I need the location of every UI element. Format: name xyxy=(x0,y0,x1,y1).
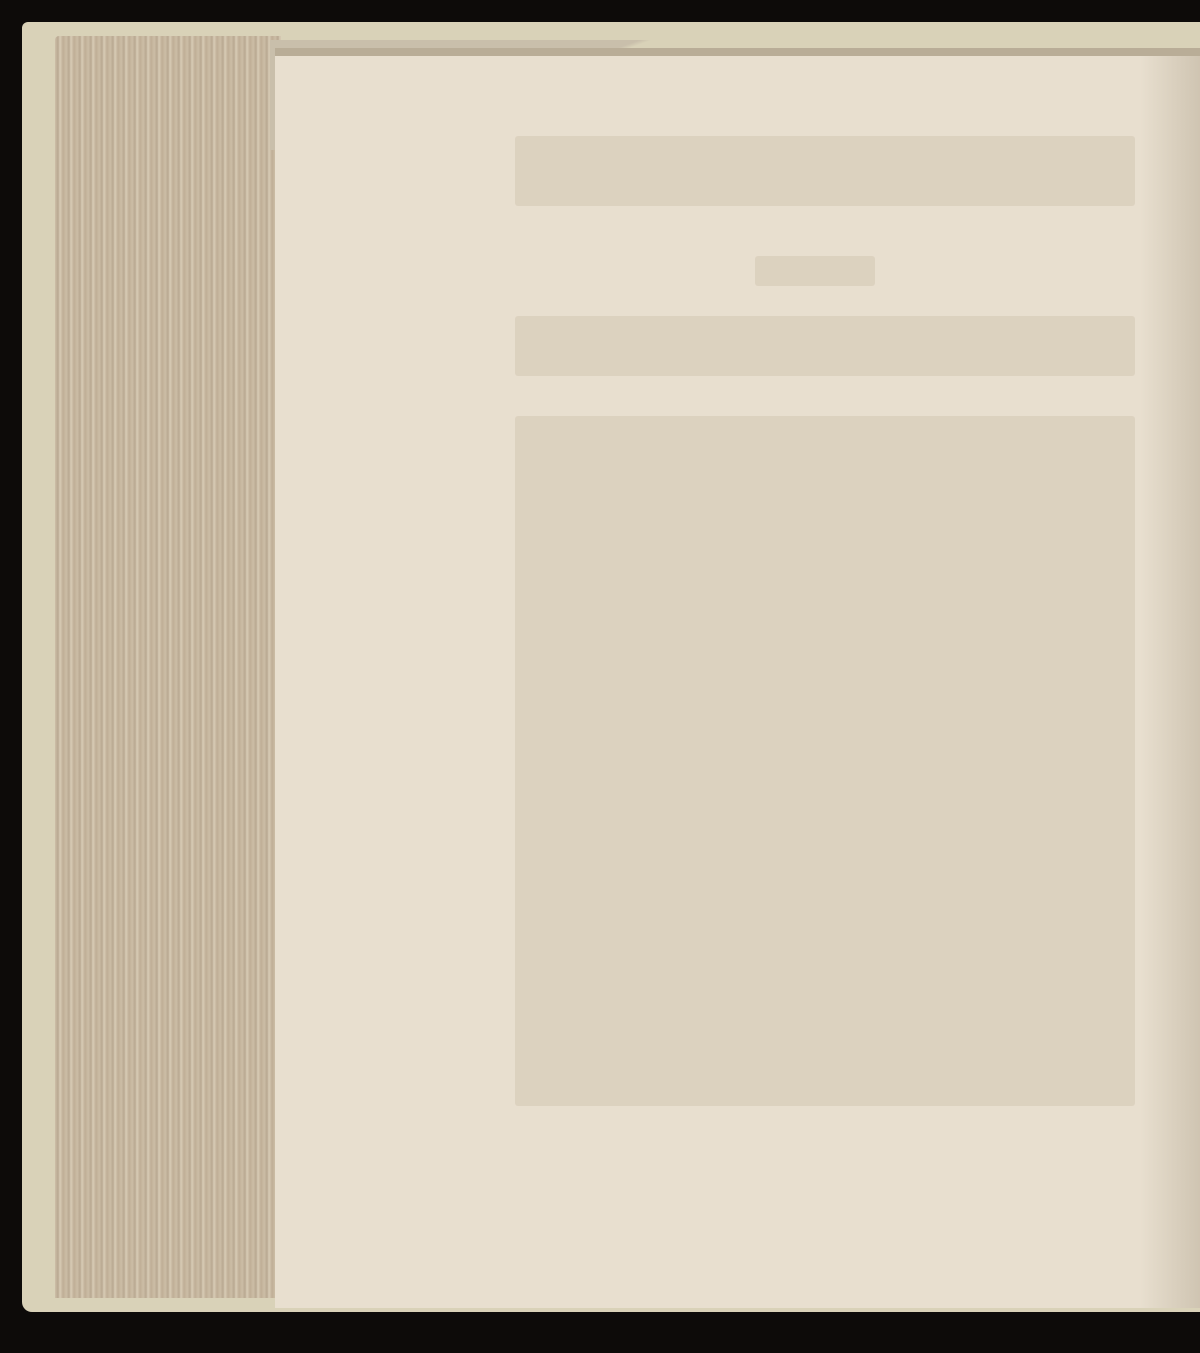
bleed-through-body xyxy=(515,416,1135,1106)
bleed-through-subtitle xyxy=(515,316,1135,376)
blank-page xyxy=(275,48,1200,1308)
bleed-through-title xyxy=(755,256,875,286)
page-edges-stack xyxy=(55,36,281,1298)
gutter-shadow xyxy=(1140,56,1200,1308)
bleed-through-header xyxy=(515,136,1135,206)
